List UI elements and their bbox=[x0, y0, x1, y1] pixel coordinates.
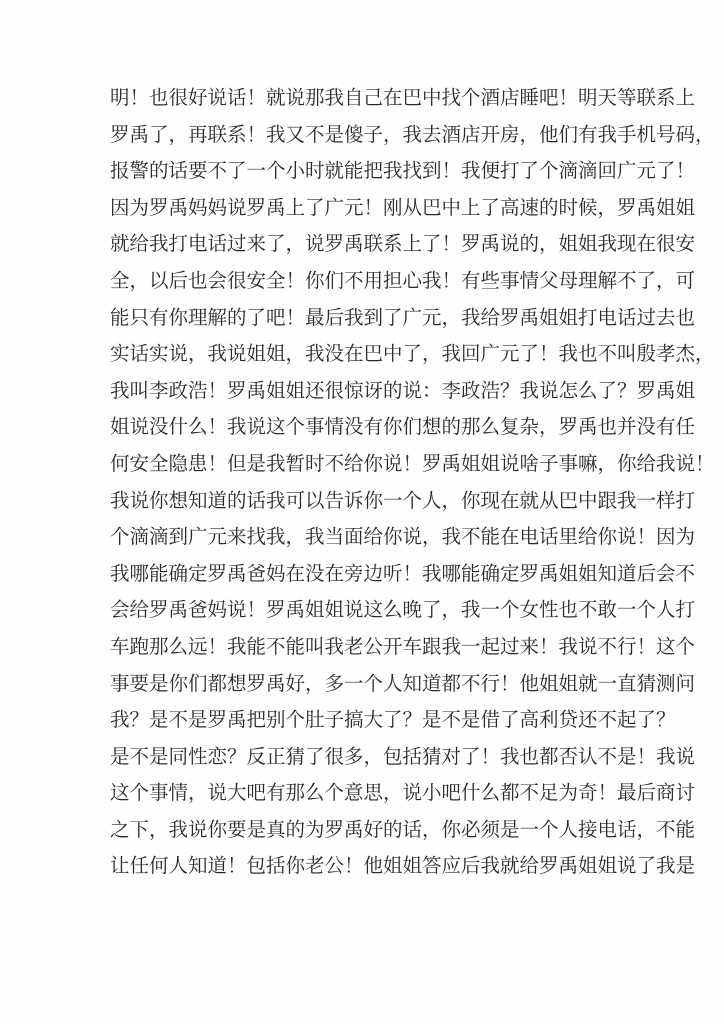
text-line: 是不是同性恋？反正猜了很多，包括猜对了！我也都否认不是！我说 bbox=[110, 739, 620, 776]
text-line: 实话实说，我说姐姐，我没在巴中了，我回广元了！我也不叫殷孝杰， bbox=[110, 336, 620, 373]
text-line: 因为罗禹妈妈说罗禹上了广元！刚从巴中上了高速的时候，罗禹姐姐 bbox=[110, 190, 620, 227]
document-page: 明！也很好说话！就说那我自己在巴中找个酒店睡吧！明天等联系上 罗禹了，再联系！我… bbox=[0, 0, 724, 1024]
text-line: 车跑那么远！我能不能叫我老公开车跟我一起过来！我说不行！这个 bbox=[110, 629, 620, 666]
document-body-text: 明！也很好说话！就说那我自己在巴中找个酒店睡吧！明天等联系上 罗禹了，再联系！我… bbox=[110, 80, 620, 885]
text-line: 我说你想知道的话我可以告诉你一个人，你现在就从巴中跟我一样打 bbox=[110, 483, 620, 520]
text-line: 我叫李政浩！罗禹姐姐还很惊讶的说：李政浩？我说怎么了？罗禹姐 bbox=[110, 373, 620, 410]
text-line: 能只有你理解的了吧！最后我到了广元，我给罗禹姐姐打电话过去也 bbox=[110, 300, 620, 337]
text-line: 让任何人知道！包括你老公！他姐姐答应后我就给罗禹姐姐说了我是 bbox=[110, 848, 620, 885]
text-line: 罗禹了，再联系！我又不是傻子，我去酒店开房，他们有我手机号码， bbox=[110, 117, 620, 154]
text-line: 个滴滴到广元来找我，我当面给你说，我不能在电话里给你说！因为 bbox=[110, 519, 620, 556]
text-line: 会给罗禹爸妈说！罗禹姐姐说这么晚了，我一个女性也不敢一个人打 bbox=[110, 592, 620, 629]
text-line: 这个事情，说大吧有那么个意思，说小吧什么都不足为奇！最后商讨 bbox=[110, 775, 620, 812]
text-line: 事要是你们都想罗禹好，多一个人知道都不行！他姐姐就一直猜测问 bbox=[110, 666, 620, 703]
text-line: 我？是不是罗禹把别个肚子搞大了？是不是借了高利贷还不起了？ bbox=[110, 702, 620, 739]
text-line: 就给我打电话过来了，说罗禹联系上了！罗禹说的，姐姐我现在很安 bbox=[110, 226, 620, 263]
text-line: 之下，我说你要是真的为罗禹好的话，你必须是一个人接电话，不能 bbox=[110, 812, 620, 849]
text-line: 姐说没什么！我说这个事情没有你们想的那么复杂，罗禹也并没有任 bbox=[110, 409, 620, 446]
text-line: 报警的话要不了一个小时就能把我找到！我便打了个滴滴回广元了！ bbox=[110, 153, 620, 190]
text-line: 明！也很好说话！就说那我自己在巴中找个酒店睡吧！明天等联系上 bbox=[110, 80, 620, 117]
text-line: 全，以后也会很安全！你们不用担心我！有些事情父母理解不了，可 bbox=[110, 263, 620, 300]
text-line: 何安全隐患！但是我暂时不给你说！罗禹姐姐说啥子事嘛，你给我说！ bbox=[110, 446, 620, 483]
text-line: 我哪能确定罗禹爸妈在没在旁边听！我哪能确定罗禹姐姐知道后会不 bbox=[110, 556, 620, 593]
